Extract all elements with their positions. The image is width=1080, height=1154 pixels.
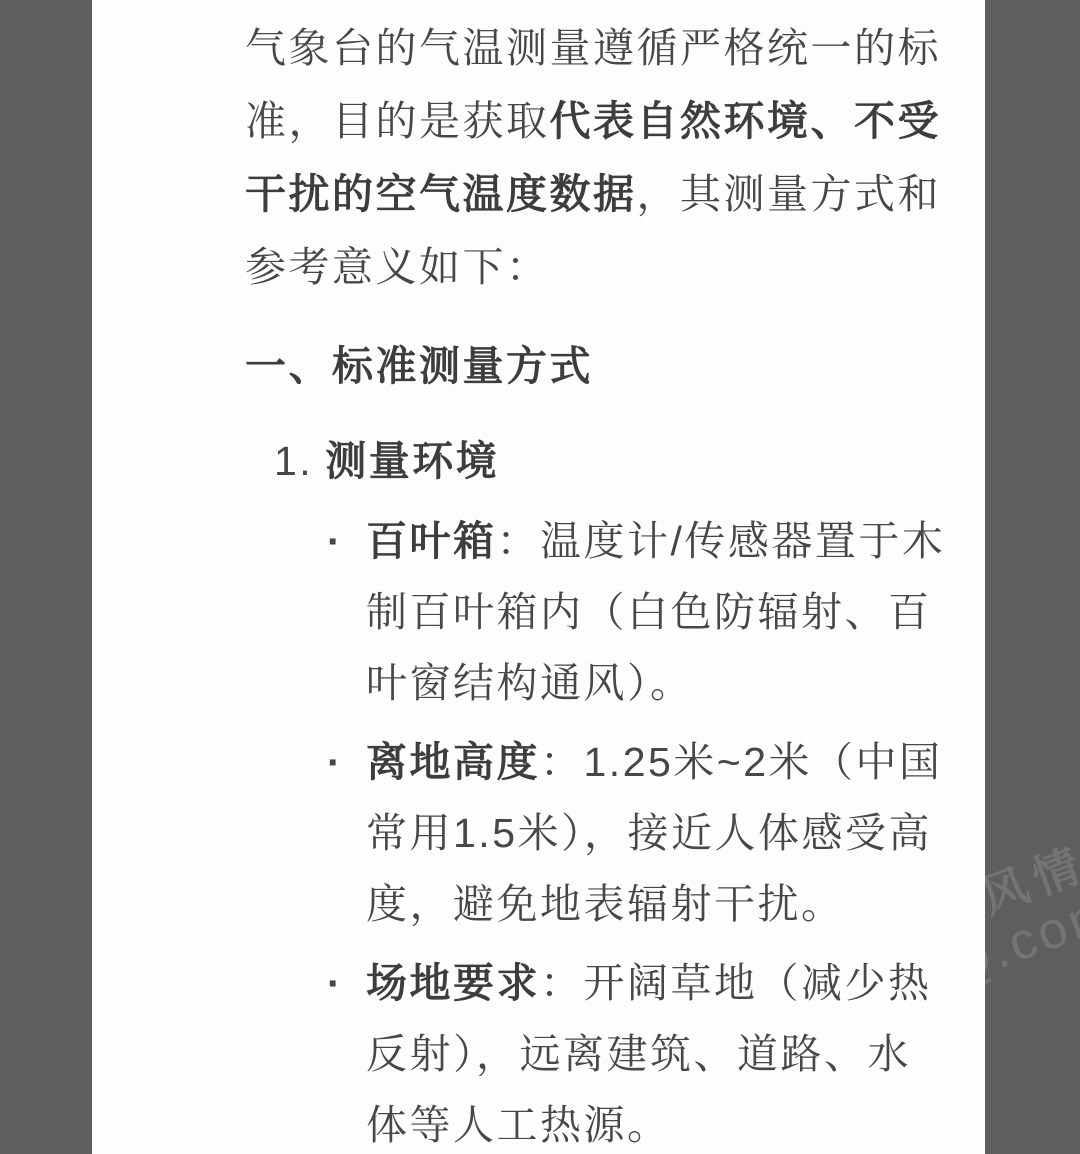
bullet-term: 百叶箱 (366, 518, 497, 564)
bullet-colon: ： (540, 739, 584, 785)
list-item-number: 1. (274, 438, 313, 484)
watermark: 风情 Q.com (985, 834, 1080, 989)
bullet-item: ·场地要求：开阔草地（减少热反射），远离建筑、道路、水体等人工热源。 (245, 948, 951, 1154)
bullet-colon: ： (540, 960, 584, 1006)
bullet-item: ·百叶箱：温度计/传感器置于木制百叶箱内（白色防辐射、百叶窗结构通风）。 (245, 506, 951, 719)
left-border (0, 0, 92, 1154)
right-border: 风情 Q.com (985, 0, 1080, 1154)
bullet-list: ·百叶箱：温度计/传感器置于木制百叶箱内（白色防辐射、百叶窗结构通风）。 ·离地… (245, 506, 945, 1154)
bullet-marker: · (327, 506, 343, 577)
list-item-label: 测量环境 (325, 438, 499, 484)
bullet-item: ·离地高度：1.25米~2米（中国常用1.5米），接近人体感受高度，避免地表辐射… (245, 727, 951, 940)
content-panel: 气象台的气温测量遵循严格统一的标准，目的是获取代表自然环境、不受干扰的空气温度数… (92, 0, 985, 1154)
numbered-list-item: 1.测量环境 (274, 425, 945, 498)
bullet-marker: · (327, 727, 343, 798)
bullet-term: 场地要求 (366, 960, 540, 1006)
bullet-colon: ： (497, 518, 541, 564)
bullet-marker: · (327, 948, 343, 1019)
intro-paragraph: 气象台的气温测量遵循严格统一的标准，目的是获取代表自然环境、不受干扰的空气温度数… (245, 12, 945, 304)
section-heading: 一、标准测量方式 (245, 330, 945, 403)
bullet-term: 离地高度 (366, 739, 540, 785)
